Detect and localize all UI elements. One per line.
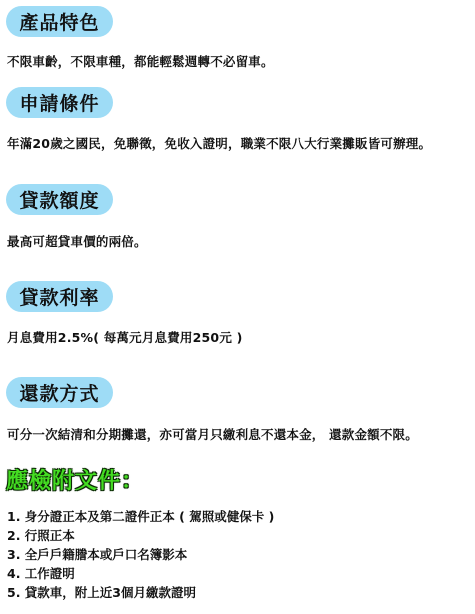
required-documents-title: 應檢附文件： xyxy=(6,464,144,495)
list-item: 3. 全戶戶籍謄本或戶口名簿影本 xyxy=(7,545,274,564)
required-documents-list: 1. 身分證正本及第二證件正本 ( 駕照或健保卡 ) 2. 行照正本 3. 全戶… xyxy=(7,507,274,602)
list-item: 2. 行照正本 xyxy=(7,526,274,545)
section-body-interest-rate: 月息費用2.5%( 每萬元月息費用250元 ) xyxy=(7,328,243,346)
section-header-interest-rate: 貸款利率 xyxy=(6,281,113,312)
section-header-eligibility: 申請條件 xyxy=(6,87,113,118)
section-header-product-features: 產品特色 xyxy=(6,6,113,37)
section-header-repayment: 還款方式 xyxy=(6,377,113,408)
section-body-eligibility: 年滿20歲之國民，免聯徵，免收入證明，職業不限八大行業攤販皆可辦理。 xyxy=(7,134,431,152)
section-header-loan-amount: 貸款額度 xyxy=(6,184,113,215)
list-item: 5. 貸款車，附上近3個月繳款證明 xyxy=(7,583,274,602)
section-body-repayment: 可分一次結清和分期攤還，亦可當月只繳利息不還本金， 還款金額不限。 xyxy=(7,425,418,443)
list-item: 1. 身分證正本及第二證件正本 ( 駕照或健保卡 ) xyxy=(7,507,274,526)
list-item: 4. 工作證明 xyxy=(7,564,274,583)
section-body-product-features: 不限車齡，不限車種，都能輕鬆週轉不必留車。 xyxy=(7,52,274,70)
section-body-loan-amount: 最高可超貸車價的兩倍。 xyxy=(7,232,147,250)
